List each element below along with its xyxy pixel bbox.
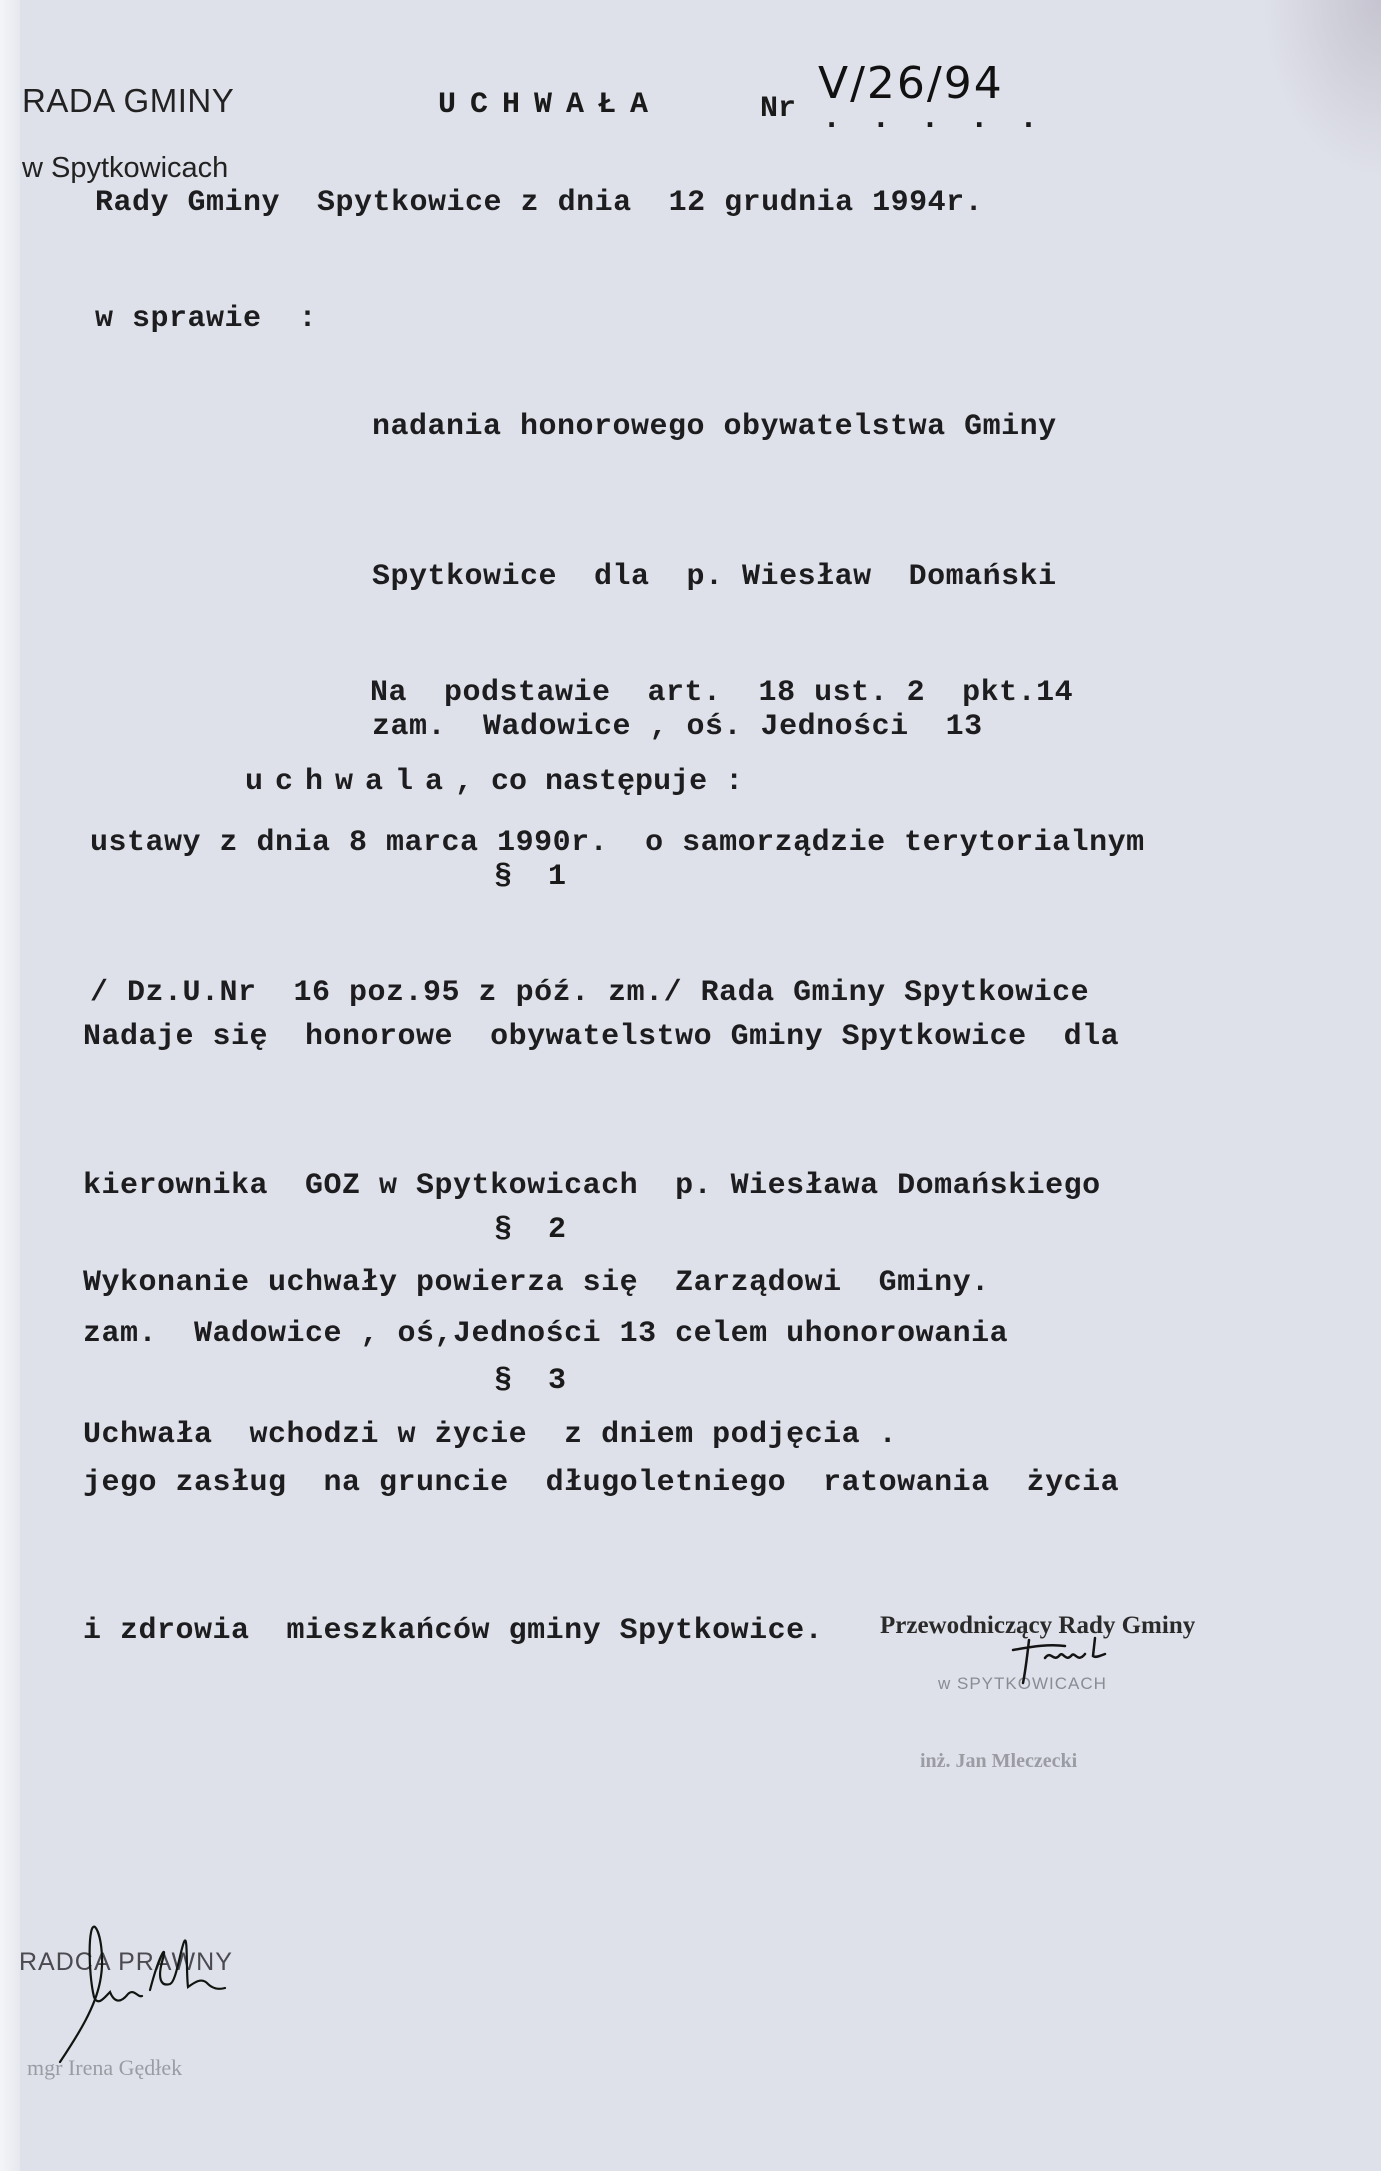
resolves-rest: , co następuje : — [455, 765, 743, 799]
paragraph-2-sign: § 2 — [494, 1213, 566, 1247]
issuer-date-line: Rady Gminy Spytkowice z dnia 12 grudnia … — [95, 186, 983, 220]
paragraph-1-sign: § 1 — [494, 860, 566, 894]
chairman-name: inż. Jan Mleczecki — [880, 1750, 1195, 1773]
paragraph-line: jego zasług na gruncie długoletniego rat… — [83, 1459, 1119, 1509]
legal-basis-line: ustawy z dnia 8 marca 1990r. o samorządz… — [90, 818, 1145, 868]
scan-shadow — [1261, 0, 1381, 180]
scan-left-edge — [0, 0, 20, 2171]
subject-label: w sprawie : — [95, 302, 317, 336]
counsel-signature-icon — [50, 1912, 250, 2072]
stamp-org-name: RADA GMINY — [22, 82, 234, 120]
paragraph-line: zam. Wadowice , oś,Jedności 13 celem uho… — [83, 1310, 1119, 1360]
subject-line: nadania honorowego obywatelstwa Gminy — [372, 402, 1057, 452]
paragraph-2-text: Wykonanie uchwały powierza się Zarządowi… — [83, 1266, 990, 1300]
resolves-word: uchwala — [245, 765, 455, 799]
resolves-clause: uchwala, co następuje : — [245, 765, 743, 799]
document-title: UCHWAŁA — [438, 88, 662, 122]
council-header-stamp: RADA GMINY w Spytkowicach — [22, 46, 234, 203]
paragraph-line: Nadaje się honorowe obywatelstwo Gminy S… — [83, 1013, 1119, 1063]
stamp-org-place: w Spytkowicach — [22, 152, 234, 185]
paragraph-line: kierownika GOZ w Spytkowicach p. Wiesław… — [83, 1162, 1119, 1212]
chairman-signature-icon — [1005, 1628, 1115, 1688]
paragraph-3-sign: § 3 — [494, 1364, 566, 1398]
number-dotted-line: ..... — [822, 100, 1068, 137]
legal-basis-line: Na podstawie art. 18 ust. 2 pkt.14 — [90, 668, 1145, 718]
paragraph-3-text: Uchwała wchodzi w życie z dniem podjęcia… — [83, 1418, 897, 1452]
number-label: Nr — [760, 92, 796, 126]
